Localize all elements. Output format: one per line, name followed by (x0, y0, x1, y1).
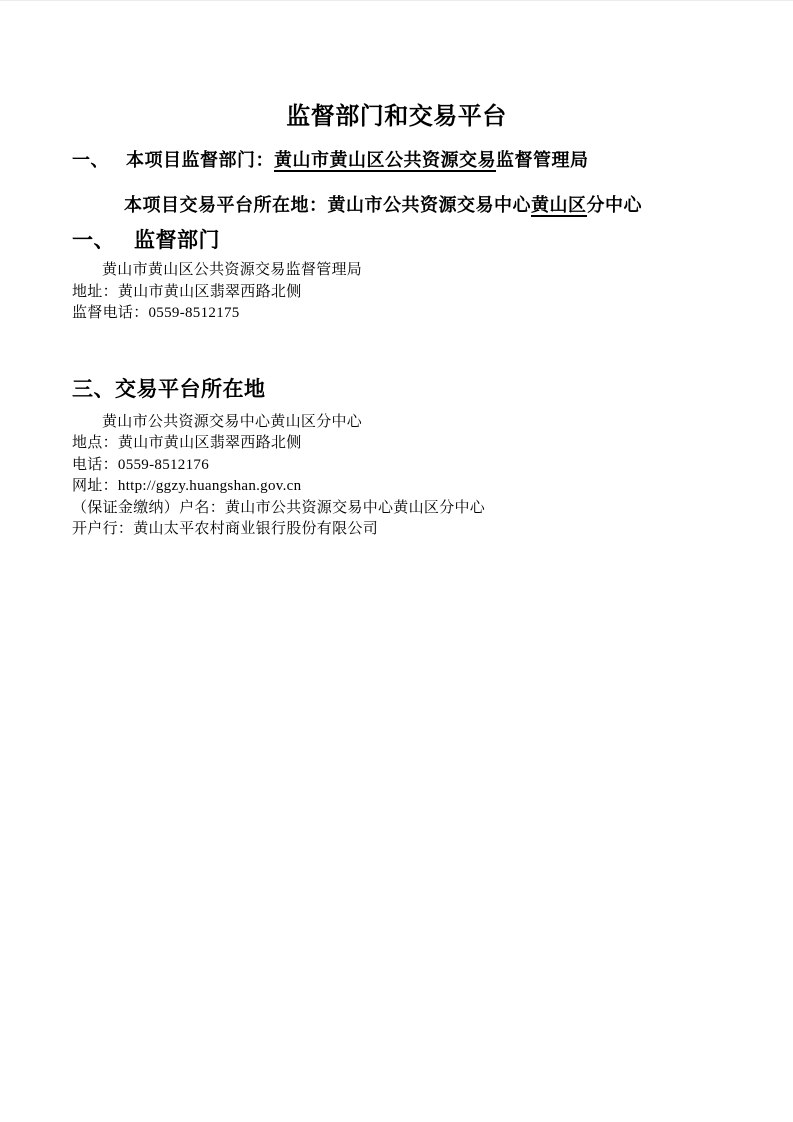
platform-phone: 电话：0559-8512176 (72, 455, 721, 477)
supervision-section-number: 一、 (72, 229, 134, 253)
supervision-summary-label: 本项目监督部门： (126, 150, 274, 170)
supervision-summary-underlined-text: 黄山市黄山区公共资源交易 (274, 150, 496, 172)
platform-address: 地点：黄山市黄山区翡翠西路北侧 (72, 433, 721, 455)
document-title: 监督部门和交易平台 (72, 103, 721, 131)
supervision-address: 地址：黄山市黄山区翡翠西路北侧 (72, 282, 721, 304)
platform-summary-line: 本项目交易平台所在地：黄山市公共资源交易中心黄山区分中心 (72, 193, 721, 218)
supervision-summary-number: 一、 (72, 148, 126, 173)
platform-summary-prefix: 本项目交易平台所在地：黄山市公共资源交易中心 (124, 195, 531, 215)
supervision-org-name: 黄山市黄山区公共资源交易监督管理局 (72, 260, 721, 282)
platform-summary-suffix: 分中心 (587, 195, 643, 215)
platform-summary-underlined-text: 黄山区 (531, 195, 587, 217)
platform-section-heading: 三、交易平台所在地 (72, 378, 721, 402)
supervision-section-heading: 一、监督部门 (72, 229, 721, 253)
supervision-summary-rest: 监督管理局 (496, 150, 589, 170)
supervision-section-heading-text: 监督部门 (134, 229, 220, 252)
platform-account-name: （保证金缴纳）户名：黄山市公共资源交易中心黄山区分中心 (72, 498, 721, 520)
platform-website: 网址：http://ggzy.huangshan.gov.cn (72, 476, 721, 498)
platform-bank: 开户行：黄山太平农村商业银行股份有限公司 (72, 519, 721, 541)
supervision-phone: 监督电话：0559-8512175 (72, 303, 721, 325)
document-page: 监督部门和交易平台 一、本项目监督部门：黄山市黄山区公共资源交易监督管理局 本项… (0, 0, 793, 1122)
supervision-summary-line: 一、本项目监督部门：黄山市黄山区公共资源交易监督管理局 (72, 148, 721, 173)
platform-org-name: 黄山市公共资源交易中心黄山区分中心 (72, 412, 721, 434)
